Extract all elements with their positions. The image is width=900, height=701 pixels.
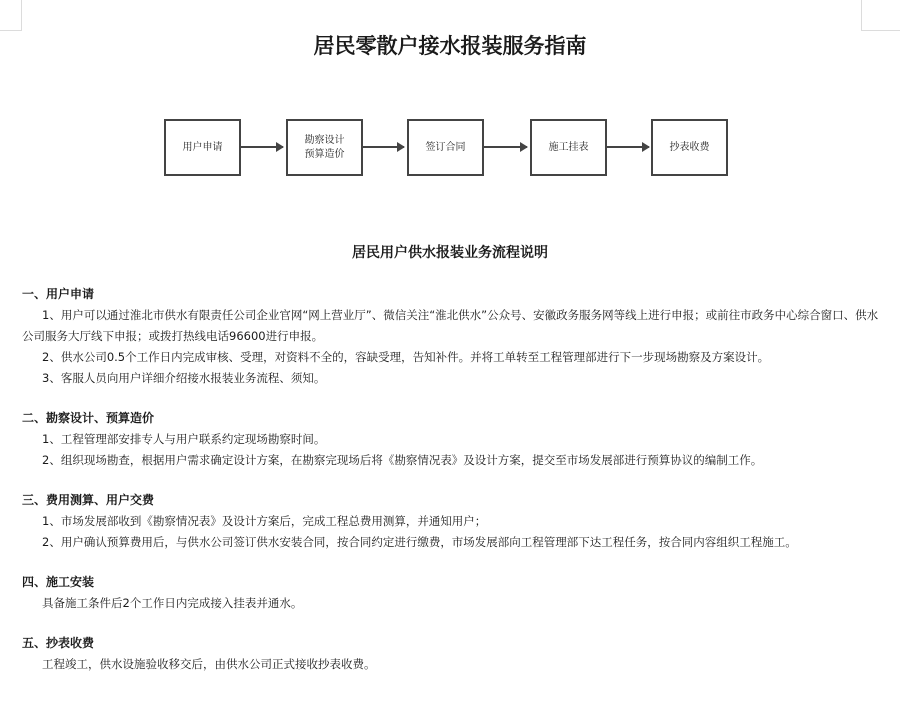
flow-step-label: 用户申请 — [183, 141, 223, 155]
paragraph: 1、用户可以通过淮北市供水有限责任公司企业官网“网上营业厅”、微信关注“淮北供水… — [22, 305, 882, 347]
section-survey-budget: 二、勘察设计、预算造价 1、工程管理部安排专人与用户联系约定现场勘察时间。 2、… — [22, 408, 882, 471]
flow-step-label: 勘察设计 预算造价 — [305, 134, 345, 162]
page-corner-mark-right — [861, 0, 900, 31]
section-heading: 四、施工安装 — [22, 572, 882, 593]
spacer — [22, 471, 882, 490]
flow-step-label: 抄表收费 — [670, 141, 710, 155]
process-flowchart: 用户申请 勘察设计 预算造价 签订合同 施工挂表 抄表收费 — [164, 119, 729, 175]
flow-step-survey-budget: 勘察设计 预算造价 — [286, 119, 363, 176]
flow-step-user-application: 用户申请 — [164, 119, 241, 176]
section-user-application: 一、用户申请 1、用户可以通过淮北市供水有限责任公司企业官网“网上营业厅”、微信… — [22, 284, 882, 389]
paragraph: 1、工程管理部安排专人与用户联系约定现场勘察时间。 — [22, 429, 882, 450]
paragraph: 3、客服人员向用户详细介绍接水报装业务流程、须知。 — [22, 368, 882, 389]
flow-step-label-line1: 勘察设计 — [305, 135, 345, 146]
flow-step-label: 施工挂表 — [549, 141, 589, 155]
section-fee-payment: 三、费用测算、用户交费 1、市场发展部收到《勘察情况表》及设计方案后，完成工程总… — [22, 490, 882, 553]
paragraph: 2、组织现场勘查，根据用户需求确定设计方案，在勘察完现场后将《勘察情况表》及设计… — [22, 450, 882, 471]
section-heading: 五、抄表收费 — [22, 633, 882, 654]
flow-arrow-icon — [607, 146, 649, 148]
flow-step-label-line2: 预算造价 — [305, 149, 345, 160]
spacer — [22, 553, 882, 572]
flow-step-sign-contract: 签订合同 — [407, 119, 484, 176]
flow-arrow-icon — [241, 146, 283, 148]
document-body: 一、用户申请 1、用户可以通过淮北市供水有限责任公司企业官网“网上营业厅”、微信… — [22, 284, 882, 675]
paragraph: 2、用户确认预算费用后，与供水公司签订供水安装合同，按合同约定进行缴费，市场发展… — [22, 532, 882, 553]
flow-arrow-icon — [484, 146, 527, 148]
paragraph: 工程竣工，供水设施验收移交后，由供水公司正式接收抄表收费。 — [22, 654, 882, 675]
document-title: 居民零散户接水报装服务指南 — [0, 30, 900, 60]
spacer — [22, 614, 882, 633]
paragraph: 2、供水公司0.5个工作日内完成审核、受理，对资料不全的，容缺受理，告知补件。并… — [22, 347, 882, 368]
section-meter-billing: 五、抄表收费 工程竣工，供水设施验收移交后，由供水公司正式接收抄表收费。 — [22, 633, 882, 675]
section-heading: 一、用户申请 — [22, 284, 882, 305]
paragraph: 1、市场发展部收到《勘察情况表》及设计方案后，完成工程总费用测算，并通知用户； — [22, 511, 882, 532]
flow-arrow-icon — [363, 146, 404, 148]
section-heading: 三、费用测算、用户交费 — [22, 490, 882, 511]
page-corner-mark-left — [0, 0, 22, 31]
spacer — [22, 389, 882, 408]
flow-step-label: 签订合同 — [426, 141, 466, 155]
paragraph: 具备施工条件后2个工作日内完成接入挂表并通水。 — [22, 593, 882, 614]
flow-step-construction-meter: 施工挂表 — [530, 119, 607, 176]
section-heading: 二、勘察设计、预算造价 — [22, 408, 882, 429]
section-construction: 四、施工安装 具备施工条件后2个工作日内完成接入挂表并通水。 — [22, 572, 882, 614]
section-subtitle: 居民用户供水报装业务流程说明 — [0, 242, 900, 262]
flow-step-meter-billing: 抄表收费 — [651, 119, 728, 176]
